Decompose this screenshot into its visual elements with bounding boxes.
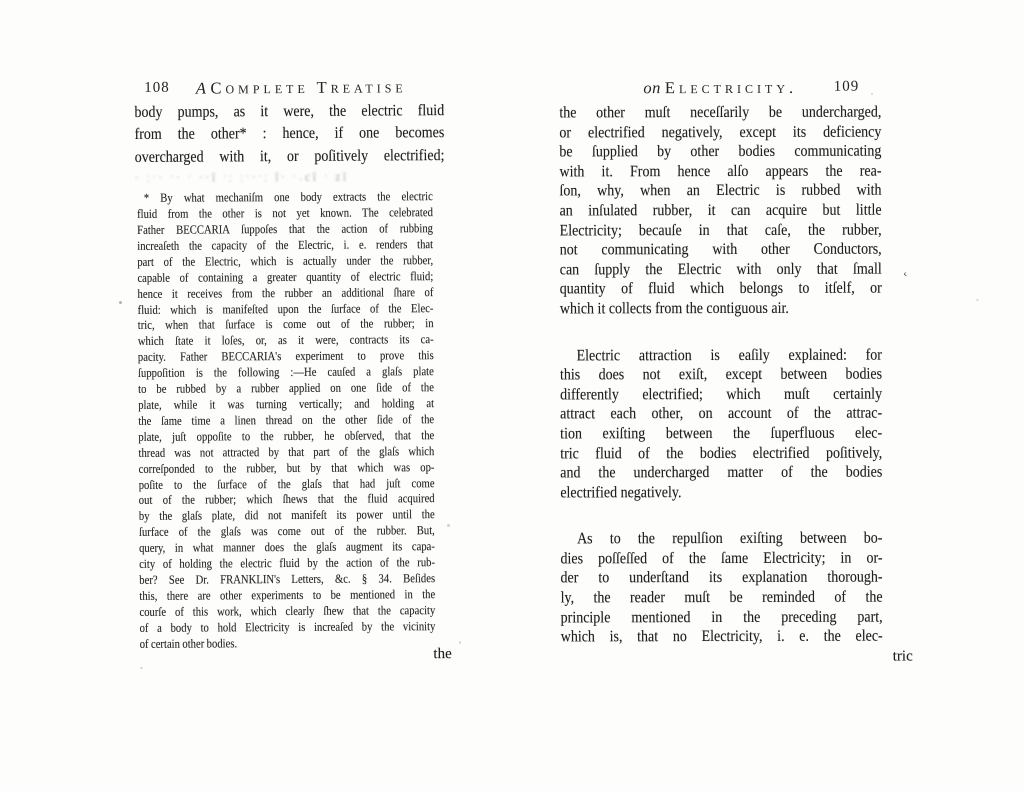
text-line: can ſupply the Electric with only that ſ… bbox=[560, 259, 882, 279]
text-line: and the undercharged matter of the bodie… bbox=[560, 463, 882, 483]
text-line: * By what mechaniſm one body extracts th… bbox=[137, 189, 433, 207]
text-line: which ſtate it loſes, or, as it were, co… bbox=[138, 333, 434, 351]
ink-speck bbox=[871, 93, 873, 95]
text-line: ſurface of the glaſs was come out of the… bbox=[139, 523, 435, 541]
paragraph: the other muſt neceſſarily be undercharg… bbox=[559, 103, 882, 319]
right-page-number: 109 bbox=[834, 79, 860, 96]
text-line: quantity of fluid which belongs to itſel… bbox=[560, 279, 882, 299]
text-line: principle mentioned in the preceding par… bbox=[561, 607, 883, 627]
left-running-title-prefix: A bbox=[196, 79, 207, 98]
right-running-title-prefix: on bbox=[643, 78, 661, 97]
text-line: with it. From hence alſo appears the rea… bbox=[559, 161, 881, 181]
text-line: ſon, why, when an Electric is rubbed wit… bbox=[560, 181, 882, 201]
right-running-title: onElectricity. bbox=[643, 78, 797, 98]
right-page-header: onElectricity. 109 bbox=[559, 78, 881, 96]
ink-speck bbox=[119, 301, 122, 304]
text-line: ſuppoſition is the following :—He cauſed… bbox=[138, 364, 434, 382]
text-line: ber? See Dr. FRANKLIN's Letters, &c. § 3… bbox=[139, 571, 435, 589]
text-line: tion exiſting between the ſuperfluous el… bbox=[560, 423, 882, 443]
text-line: by the glaſs plate, did not manifeſt its… bbox=[139, 507, 435, 525]
text-line: dies poſſeſſed of the ſame Electricity; … bbox=[560, 548, 882, 568]
text-line: part of the Electric, which is actually … bbox=[137, 253, 433, 271]
text-line: differently electrified; which muſt cert… bbox=[560, 384, 882, 404]
ink-speck bbox=[459, 641, 461, 644]
text-line: poſite to the ſurface of the glaſs that … bbox=[139, 476, 435, 494]
left-page: 108 AComplete Treatise body pumps, as it… bbox=[134, 77, 448, 664]
text-line: an inſulated rubber, it can acquire but … bbox=[560, 201, 882, 221]
left-running-title-text: Complete Treatise bbox=[210, 77, 406, 97]
paragraph: As to the repulſion exiſting between bo-… bbox=[560, 529, 882, 647]
text-line: Electric attraction is eaſily explained:… bbox=[560, 345, 882, 365]
text-line: out of the rubber; which ſhews that the … bbox=[139, 492, 435, 510]
text-line: city of holding the electric fluid by th… bbox=[139, 555, 435, 573]
text-line: of certain other bodies. bbox=[140, 635, 436, 653]
left-page-number: 108 bbox=[144, 80, 170, 97]
text-line: which is, that no Electricity, i. e. the… bbox=[561, 627, 883, 647]
text-line: this, there are other experiments to be … bbox=[139, 587, 435, 605]
text-line: electrified negatively. bbox=[560, 482, 882, 502]
text-line: from the other* : hence, if one becomes bbox=[134, 122, 444, 146]
text-line: body pumps, as it were, the electric flu… bbox=[134, 100, 444, 124]
paragraph: Electric attraction is eaſily explained:… bbox=[560, 345, 882, 503]
text-line: tric, when that ſurface is come out of t… bbox=[138, 317, 434, 335]
text-line: tric fluid of the bodies electrified poſ… bbox=[560, 443, 882, 463]
stray-ink-mark: ‹ bbox=[901, 266, 909, 282]
text-line: to be rubbed by a rubber applied on one … bbox=[138, 380, 434, 398]
text-line: capable of containing a greater quantity… bbox=[137, 269, 433, 287]
ink-speck bbox=[976, 299, 979, 301]
text-line: the other muſt neceſſarily be undercharg… bbox=[559, 103, 881, 123]
text-line: of a body to hold Electricity is increaſ… bbox=[140, 619, 436, 637]
text-line: query, in what manner does the glaſs aug… bbox=[139, 539, 435, 557]
text-line: courſe of this work, which clearly ſhew … bbox=[139, 603, 435, 621]
text-line: not communicating with other Conductors, bbox=[560, 240, 882, 260]
ink-speck bbox=[447, 524, 450, 527]
text-line: hence it receives from the rubber an add… bbox=[137, 285, 433, 303]
footnote-text: * By what mechaniſm one body extracts th… bbox=[137, 189, 436, 652]
text-line: fluid: which is manifeſted upon the ſurf… bbox=[138, 301, 434, 319]
text-line: or electrified negatively, except its de… bbox=[559, 122, 881, 142]
ink-speck bbox=[140, 667, 143, 669]
text-line: the ſame time a linen thread on the othe… bbox=[138, 412, 434, 430]
right-catchword: tric bbox=[561, 648, 913, 666]
book-scan: 108 AComplete Treatise body pumps, as it… bbox=[0, 0, 1024, 791]
text-line: which it collects from the contiguous ai… bbox=[560, 299, 882, 319]
right-page: onElectricity. 109 the other muſt neceſſ… bbox=[559, 78, 883, 667]
text-line: fluid from the other is not yet known. T… bbox=[137, 205, 433, 223]
ghost-showthrough-line: · ːˑ· ˑ· ˑ ··ǐ ˑː ːˑ·ˑː ǐ· ˑ˒cǐ ˑ zǐ bbox=[135, 168, 433, 186]
text-line: increaſeth the capacity of the Electric,… bbox=[137, 237, 433, 255]
text-line: be ſupplied by other bodies communicatin… bbox=[559, 142, 881, 162]
right-running-title-text: Electricity. bbox=[665, 78, 797, 97]
text-line: attract each other, on account of the at… bbox=[560, 404, 882, 424]
text-line: Father BECCARIA ſuppoſes that the action… bbox=[137, 221, 433, 239]
left-body-text: body pumps, as it were, the electric flu… bbox=[134, 100, 444, 169]
text-line: thread was not attracted by that part of… bbox=[138, 444, 434, 462]
text-line: overcharged with it, or poſitively elect… bbox=[135, 145, 445, 169]
text-line: pacity. Father BECCARIA's experiment to … bbox=[138, 348, 434, 366]
text-line: this does not exiſt, except between bodi… bbox=[560, 365, 882, 385]
text-line: correſponded to the rubber, but by that … bbox=[139, 460, 435, 478]
left-page-header: 108 AComplete Treatise bbox=[134, 77, 444, 96]
text-line: plate, while it was turning vertically; … bbox=[138, 396, 434, 414]
text-line: plate, juſt oppoſite to the rubber, he o… bbox=[138, 428, 434, 446]
text-line: der to underſtand its explanation thorou… bbox=[561, 568, 883, 588]
text-line: As to the repulſion exiſting between bo- bbox=[560, 529, 882, 549]
text-line: ly, the reader muſt be reminded of the bbox=[561, 588, 883, 608]
right-body-text: the other muſt neceſſarily be undercharg… bbox=[559, 103, 882, 648]
text-line: Electricity; becauſe in that caſe, the r… bbox=[560, 220, 882, 240]
left-running-title: AComplete Treatise bbox=[196, 77, 407, 98]
